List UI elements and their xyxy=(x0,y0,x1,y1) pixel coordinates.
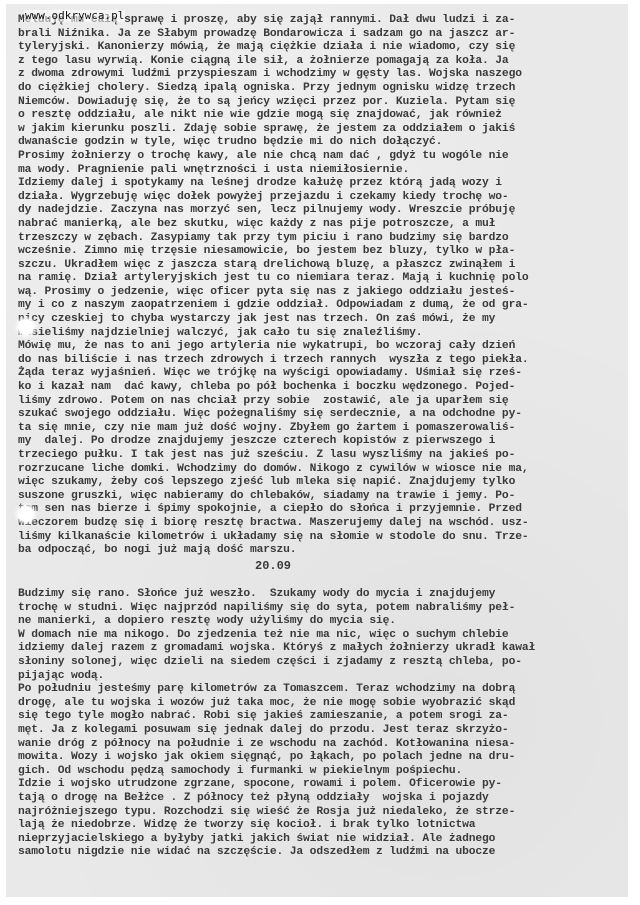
text-line: brali Niźnika. Ja ze Słabym prowadzę Bon… xyxy=(18,28,628,42)
text-line: tem sen nas bierze i śpimy spokojnie, a … xyxy=(18,503,628,517)
text-line: rozrzucane liche domki. Wchodzimy do dom… xyxy=(18,463,628,477)
text-line: dy nadejdzie. Zaczyna nas morzyć sen, le… xyxy=(18,204,628,218)
text-line: suszone gruszki, więc nabieramy do chleb… xyxy=(18,490,628,504)
text-line: Idziemy dalej i spotykamy na leśnej drod… xyxy=(18,177,628,191)
text-line: W domach nie ma nikogo. Do zjedzenia też… xyxy=(18,629,628,643)
text-line: Żąda teraz wyjaśnień. Więc we trójkę na … xyxy=(18,367,628,381)
text-line: Idzie i wojsko utrudzone zgrzane, spocon… xyxy=(18,778,628,792)
text-line: ma wody. Pragnienie pali wnętrzności i u… xyxy=(18,164,628,178)
text-line: najróżniejszego typu. Rozchodzi się wieś… xyxy=(18,806,628,820)
text-line: Mówię mu, że nas to ani jego artyleria n… xyxy=(18,340,628,354)
text-line: ta się mnie, czy nie mam już dość wojny.… xyxy=(18,422,628,436)
text-line: mowita. Wozy i wojsko jak okiem sięgnąć,… xyxy=(18,751,628,765)
text-line: ne manierki, a dopiero resztę wody użyli… xyxy=(18,615,628,629)
date-heading: 20.09 xyxy=(255,559,291,573)
text-line: na ramię. Dział artyleryjskich jest tu c… xyxy=(18,272,628,286)
text-line: my i co z naszym zaopatrzeniem i gdzie o… xyxy=(18,299,628,313)
text-line: do nas biliście i nas trzech zdrowych i … xyxy=(18,354,628,368)
text-line: liśmy kilkanaście kilometrów i układamy … xyxy=(18,531,628,545)
text-line: wą. Prosimy o jedzenie, więc oficer pyta… xyxy=(18,286,628,300)
text-line: wanie dróg z północy na południe i ze ws… xyxy=(18,738,628,752)
text-line: do ciężkiej cholery. Siedzą ipalą ognisk… xyxy=(18,82,628,96)
text-line: działa. Wygrzebuję więc dołek powyżej pr… xyxy=(18,191,628,205)
text-line: my dalej. Po drodze znajdujemy jeszcze c… xyxy=(18,435,628,449)
text-line: męt. Ja z kolegami posuwam się jednak da… xyxy=(18,724,628,738)
text-line: tają o drogę na Bełżce . Z północy też p… xyxy=(18,792,628,806)
text-line: się tego tyle mogło nabrać. Robi się jak… xyxy=(18,710,628,724)
watermark: www.odkrywca.pl xyxy=(24,10,125,22)
text-line: nieprzyjacielskiego a byłyby jatki jakic… xyxy=(18,833,628,847)
text-line: pijając wodą. xyxy=(18,670,628,684)
text-line: z tego lasu wyrwią. Konie ciągną ile sił… xyxy=(18,55,628,69)
text-line: szczu. Ukradłem więc z jaszcza starą dre… xyxy=(18,259,628,273)
text-line: dwanaście godzin w tyle, więc trudno będ… xyxy=(18,136,628,150)
text-line: musieliśmy najdzielniej walczyć, jak cał… xyxy=(18,327,628,341)
text-line: ko i kazał nam dać kawy, chleba po pół b… xyxy=(18,381,628,395)
text-line: szukać swojego oddziału. Więc pożegnaliś… xyxy=(18,408,628,422)
text-line: trochę w studni. Więc najprzód napiliśmy… xyxy=(18,602,628,616)
text-line: drogę, ale tu wojska i wozów już taka mo… xyxy=(18,697,628,711)
punch-hole xyxy=(18,319,34,335)
text-line: w jakim kierunku poszli. Zdaję sobie spr… xyxy=(18,123,628,137)
text-line: z dwoma zdrowymi ludźmi przyspieszam i w… xyxy=(18,68,628,82)
text-line: idziemy dalej razem z gromadami wojska. … xyxy=(18,642,628,656)
text-line: o resztę oddziału, ale nikt nie wie gdzi… xyxy=(18,109,628,123)
text-line: ba odpocząć, bo nogi już mają dość marsz… xyxy=(18,544,628,558)
body-text-section-1: Melduję mu całą sprawę i proszę, aby się… xyxy=(18,14,628,558)
text-line: trzeciego pułku. I tak jest nas już sześ… xyxy=(18,449,628,463)
text-line: Budzimy się rano. Słońce już weszło. Szu… xyxy=(18,588,628,602)
text-line: Prosimy żołnierzy o trochę kawy, ale nie… xyxy=(18,150,628,164)
text-line: gich. Od wschodu pędzą samochody i furma… xyxy=(18,765,628,779)
text-line: nabrać manierką, ale bez skutku, więc ka… xyxy=(18,218,628,232)
text-line: Niemców. Dowiaduję się, że to są jeńcy w… xyxy=(18,96,628,110)
text-line: wieczorem budzę się i biorę resztę bract… xyxy=(18,517,628,531)
text-line: Po południu jesteśmy parę kilometrów za … xyxy=(18,683,628,697)
text-line: nicy czeskiej to chyba wystarczy jak jes… xyxy=(18,313,628,327)
text-line: więc szukamy, żeby coś lepszego zjeść lu… xyxy=(18,476,628,490)
text-line: słoniny solonej, więc dzieli na siedem c… xyxy=(18,656,628,670)
text-line: trzeszczy w zębach. Zasypiamy tak przy t… xyxy=(18,232,628,246)
text-line: tyleryjski. Kanonierzy mówią, że mają ci… xyxy=(18,41,628,55)
text-line: lają że niedobrze. Widzę że tworzy się k… xyxy=(18,819,628,833)
text-line: samolotu nigdzie nie widać na szczęście.… xyxy=(18,846,628,860)
punch-hole xyxy=(18,506,34,522)
text-line: liśmy zdrowo. Potem on nas chciał przy s… xyxy=(18,395,628,409)
text-line: wcześnie. Zimno mię trzęsie niesamowicie… xyxy=(18,245,628,259)
body-text-section-2: Budzimy się rano. Słońce już weszło. Szu… xyxy=(18,588,628,860)
